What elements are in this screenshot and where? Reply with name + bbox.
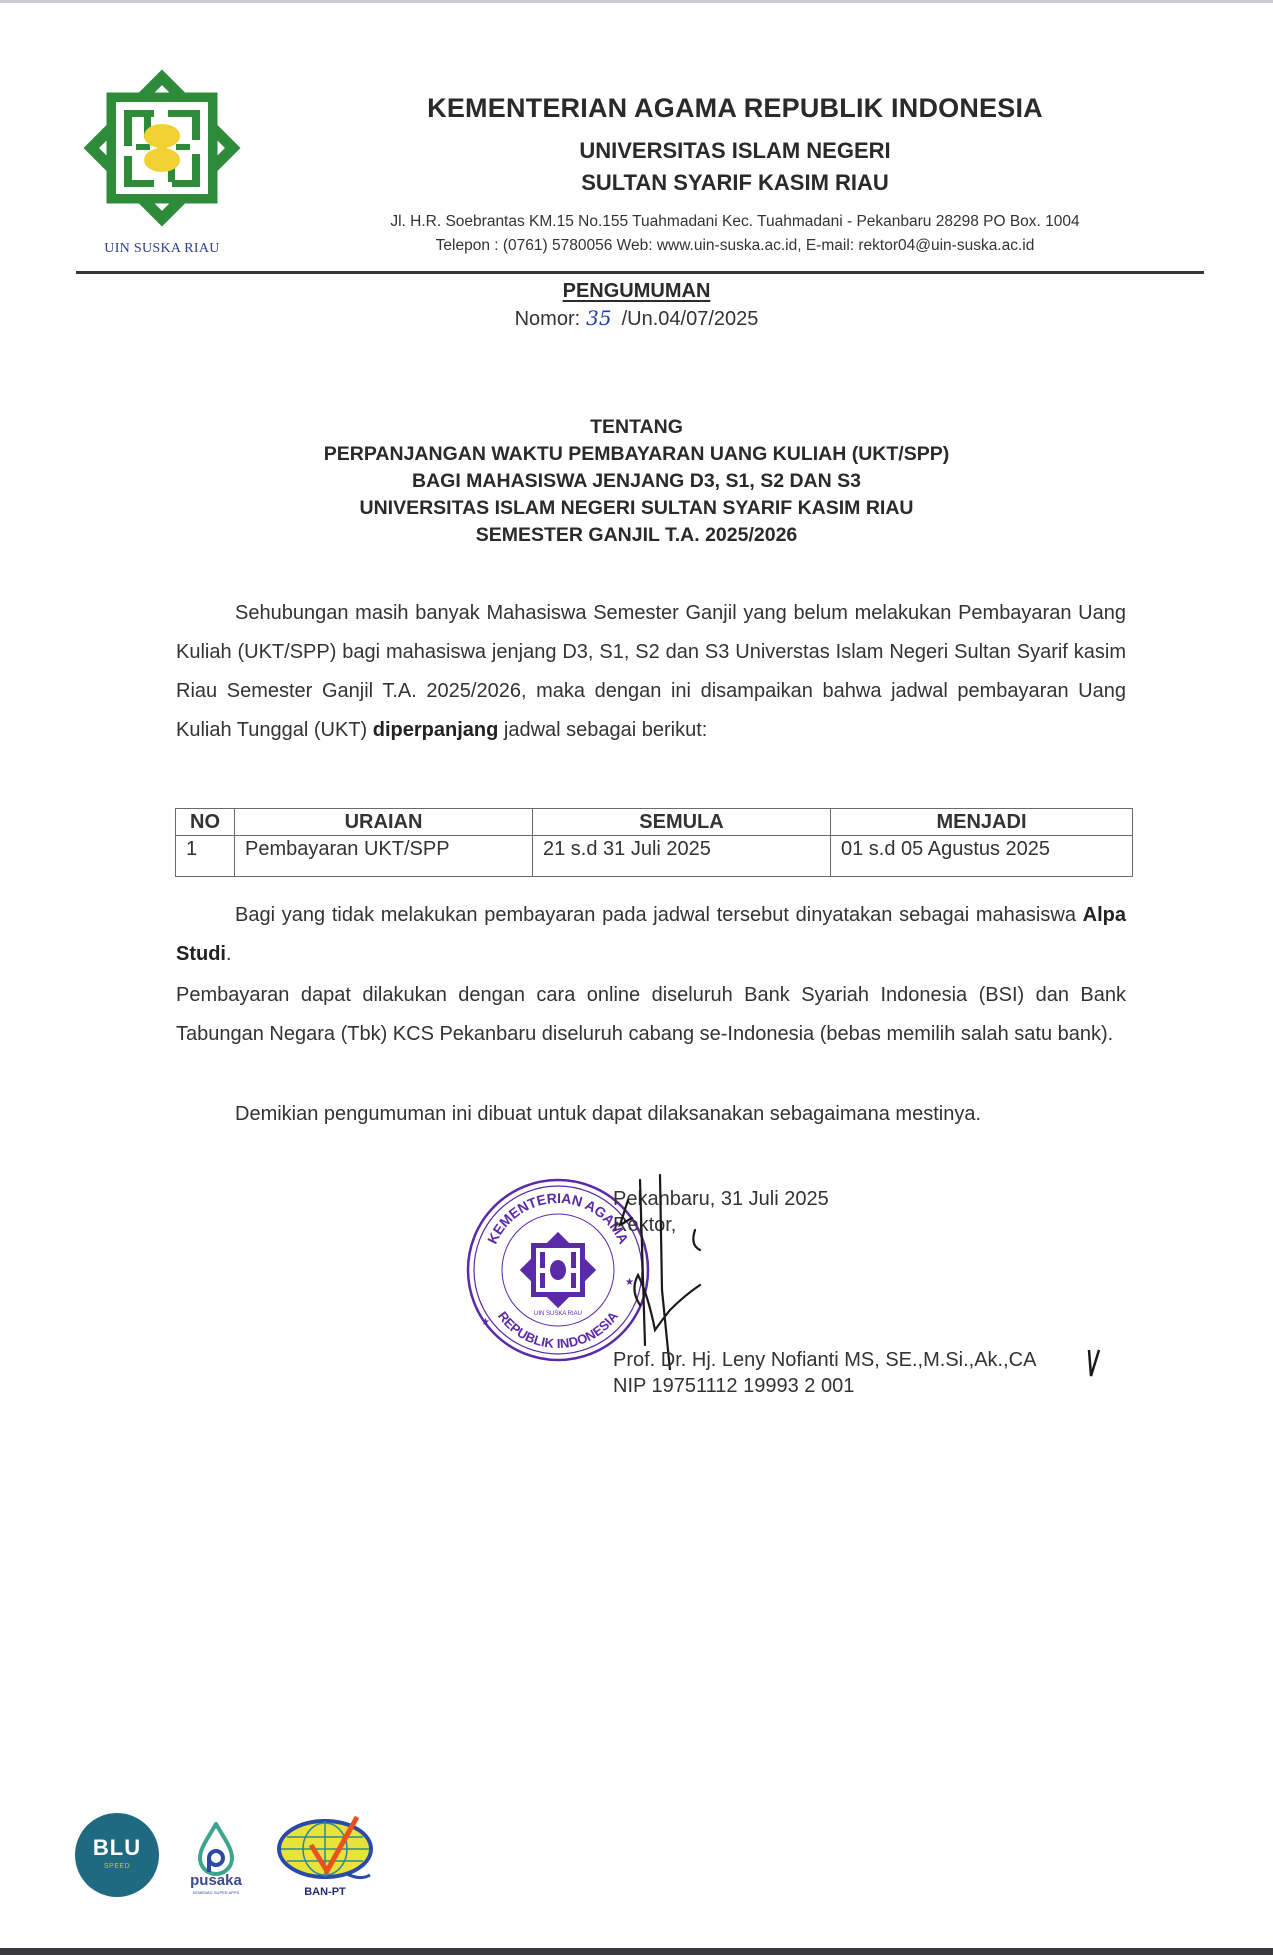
subject-block: TENTANG PERPANJANGAN WAKTU PEMBAYARAN UA… bbox=[0, 414, 1273, 549]
handwritten-signature-icon bbox=[600, 1170, 760, 1370]
ministry-heading: KEMENTERIAN AGAMA REPUBLIK INDONESIA bbox=[300, 93, 1170, 124]
document-title: PENGUMUMAN bbox=[0, 280, 1273, 303]
paragraph-intro: Sehubungan masih banyak Mahasiswa Semest… bbox=[176, 594, 1126, 750]
cell-no: 1 bbox=[176, 836, 235, 877]
subject-line: UNIVERSITAS ISLAM NEGERI SULTAN SYARIF K… bbox=[0, 495, 1273, 522]
nomor-label: Nomor: bbox=[515, 308, 581, 330]
subject-line: SEMESTER GANJIL T.A. 2025/2026 bbox=[0, 522, 1273, 549]
subject-line: TENTANG bbox=[0, 414, 1273, 441]
university-heading-line2: SULTAN SYARIF KASIM RIAU bbox=[300, 170, 1170, 196]
paragraph-sanction-tail: . bbox=[226, 943, 232, 965]
header-uraian: URAIAN bbox=[235, 809, 533, 836]
address-line: Jl. H.R. Soebrantas KM.15 No.155 Tuahmad… bbox=[300, 213, 1170, 231]
nomor-handwritten: 35 bbox=[586, 306, 611, 330]
paragraph-sanction-text: Bagi yang tidak melakukan pembayaran pad… bbox=[235, 904, 1083, 926]
cell-uraian: Pembayaran UKT/SPP bbox=[235, 836, 533, 877]
header-divider bbox=[76, 271, 1204, 274]
header-menjadi: MENJADI bbox=[831, 809, 1133, 836]
cell-semula: 21 s.d 31 Juli 2025 bbox=[533, 836, 831, 877]
paragraph-sanction: Bagi yang tidak melakukan pembayaran pad… bbox=[176, 896, 1126, 974]
uin-suska-logo-icon bbox=[72, 58, 252, 238]
paragraph-intro-tail: jadwal sebagai berikut: bbox=[498, 719, 707, 741]
subject-line: PERPANJANGAN WAKTU PEMBAYARAN UANG KULIA… bbox=[0, 441, 1273, 468]
ban-pt-logo-label: BAN-PT bbox=[295, 1886, 355, 1898]
cell-menjadi: 01 s.d 05 Agustus 2025 bbox=[831, 836, 1133, 877]
document-title-text: PENGUMUMAN bbox=[563, 280, 711, 302]
header-semula: SEMULA bbox=[533, 809, 831, 836]
university-heading-line1: UNIVERSITAS ISLAM NEGERI bbox=[300, 138, 1170, 164]
header-no: NO bbox=[176, 809, 235, 836]
svg-text:UIN SUSKA RIAU: UIN SUSKA RIAU bbox=[534, 1311, 582, 1317]
svg-text:★: ★ bbox=[481, 1317, 490, 1328]
paragraph-intro-emphasis: diperpanjang bbox=[373, 719, 499, 741]
contact-line: Telepon : (0761) 5780056 Web: www.uin-su… bbox=[300, 237, 1170, 255]
nomor-suffix: /Un.04/07/2025 bbox=[622, 308, 759, 330]
document-number: Nomor:35/Un.04/07/2025 bbox=[0, 306, 1273, 331]
paragraph-closing: Demikian pengumuman ini dibuat untuk dap… bbox=[176, 1095, 1126, 1134]
scan-bottom-edge bbox=[0, 1948, 1273, 1955]
pusaka-logo-sub: KEMENAG SUPER APPS bbox=[188, 1890, 244, 1895]
subject-line: BAGI MAHASISWA JENJANG D3, S1, S2 DAN S3 bbox=[0, 468, 1273, 495]
blu-logo-sub: SPEED bbox=[75, 1863, 159, 1870]
blu-logo-label: BLU bbox=[75, 1835, 159, 1861]
logo-caption: UIN SUSKA RIAU bbox=[84, 241, 240, 257]
scan-top-edge bbox=[0, 0, 1273, 3]
initial-mark-icon bbox=[1087, 1348, 1101, 1378]
table-header-row: NO URAIAN SEMULA MENJADI bbox=[176, 809, 1133, 836]
paragraph-payment-method: Pembayaran dapat dilakukan dengan cara o… bbox=[176, 976, 1126, 1054]
signatory-name: Prof. Dr. Hj. Leny Nofianti MS, SE.,M.Si… bbox=[613, 1349, 1036, 1372]
schedule-table: NO URAIAN SEMULA MENJADI 1 Pembayaran UK… bbox=[175, 808, 1133, 877]
blu-logo-icon: BLU SPEED bbox=[75, 1813, 159, 1897]
pusaka-logo-label: pusaka bbox=[188, 1872, 244, 1889]
signatory-nip: NIP 19751112 19993 2 001 bbox=[613, 1375, 854, 1398]
ban-pt-logo-icon bbox=[275, 1815, 380, 1895]
table-row: 1 Pembayaran UKT/SPP 21 s.d 31 Juli 2025… bbox=[176, 836, 1133, 877]
